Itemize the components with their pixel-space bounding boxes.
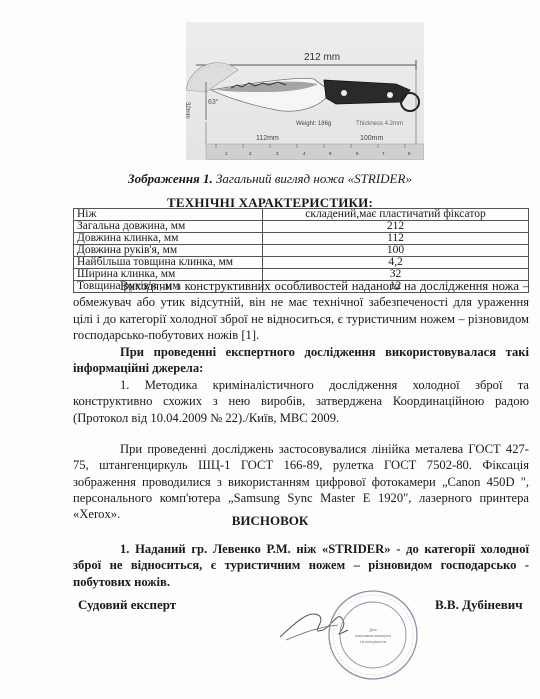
knife-illustration: 212 mm 32mm 63° Weight: 186g Thickness 4… (186, 22, 424, 160)
table-row: Загальна довжина, мм212 (74, 221, 529, 233)
signer-name: В.В. Дубіневич (435, 597, 523, 613)
svg-text:Weight: 186g: Weight: 186g (296, 121, 331, 127)
caption-text: Загальний вигляд ножа «STRIDER» (213, 171, 412, 186)
row-label: Ніж (74, 209, 263, 221)
table-row: Ніжскладений,має пластичатий фіксатор (74, 209, 529, 221)
conclusion-heading: ВИСНОВОК (0, 513, 540, 529)
row-value: 212 (263, 221, 529, 233)
svg-text:63°: 63° (208, 98, 219, 106)
svg-text:Thickness 4.2mm: Thickness 4.2mm (356, 121, 403, 127)
paragraph-instruments: При проведенні досліджень застосовувалис… (73, 441, 529, 522)
row-value: 4,2 (263, 257, 529, 269)
signer-role: Судовий експерт (78, 597, 176, 613)
paragraph-source-1: 1. Методика криміналістичного дослідженн… (73, 377, 529, 426)
caption-label: Зображення 1. (128, 171, 213, 186)
row-label: Загальна довжина, мм (74, 221, 263, 233)
paragraph-sources-intro: При проведенні експертного дослідження в… (73, 344, 529, 377)
total-length-label: 212 mm (304, 52, 340, 63)
row-value: 100 (263, 245, 529, 257)
knife-photo: 212 mm 32mm 63° Weight: 186g Thickness 4… (186, 22, 424, 160)
svg-text:32mm: 32mm (186, 102, 190, 119)
figure-caption: Зображення 1. Загальний вигляд ножа «STR… (0, 171, 540, 187)
table-row: Найбільша товщина клинка, мм4,2 (74, 257, 529, 269)
svg-text:100mm: 100mm (360, 135, 384, 142)
svg-text:висновків експерта: висновків експерта (355, 633, 391, 638)
svg-text:та спеціаліста: та спеціаліста (360, 639, 387, 644)
official-stamp-icon: Для висновків експерта та спеціаліста (278, 585, 428, 685)
row-label: Довжина клинка, мм (74, 233, 263, 245)
svg-text:Для: Для (369, 627, 376, 632)
row-value: 112 (263, 233, 529, 245)
svg-text:112mm: 112mm (256, 135, 279, 142)
row-label: Довжина руків'я, мм (74, 245, 263, 257)
conclusion-text: 1. Наданий гр. Левенко Р.М. ніж «STRIDER… (73, 541, 529, 590)
paragraph-analysis: Виходячи з конструктивних особливостей н… (73, 278, 529, 343)
row-value: складений,має пластичатий фіксатор (263, 209, 529, 221)
row-label: Найбільша товщина клинка, мм (74, 257, 263, 269)
table-row: Довжина клинка, мм112 (74, 233, 529, 245)
table-row: Довжина руків'я, мм100 (74, 245, 529, 257)
